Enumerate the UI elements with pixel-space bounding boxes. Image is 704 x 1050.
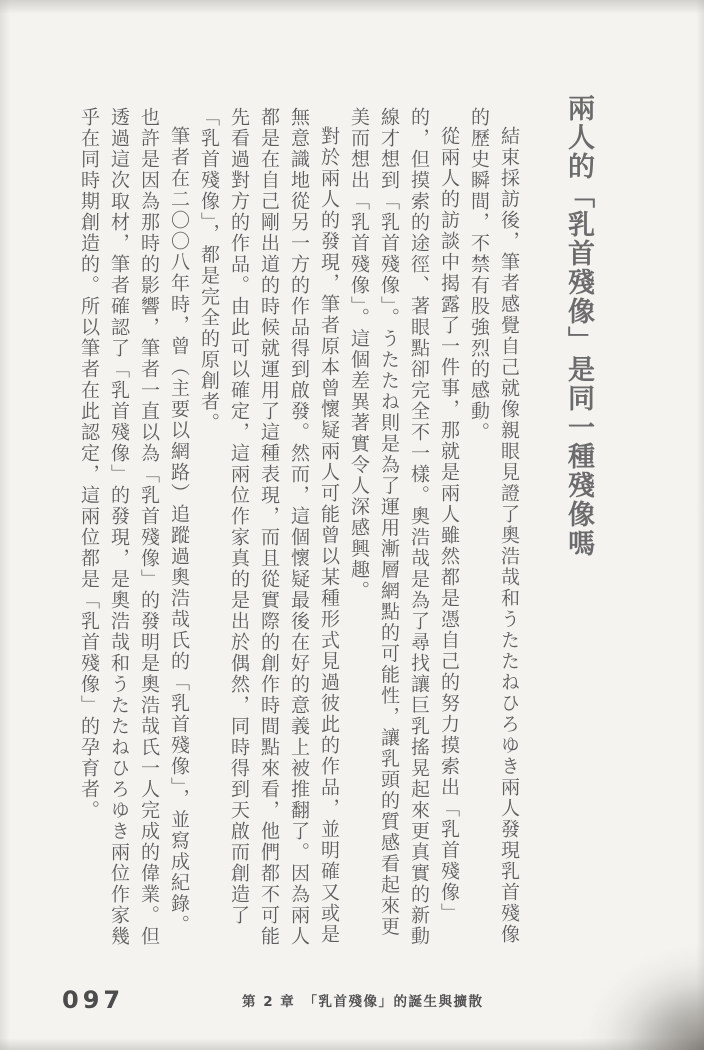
chapter-footer: 第 2 章 「乳首殘像」的誕生與擴散 [242,990,484,1010]
paragraph-4: 筆者在二〇〇八年時，曾（主要以網路）追蹤過奧浩哉氏的「乳首殘像」，並寫成紀錄。也… [74,107,194,949]
scan-shadow-bottom [0,1038,704,1050]
scan-shadow-top [0,0,704,14]
scan-shadow-left [0,0,10,1050]
paragraph-2: 從兩人的訪談中揭露了一件事，那就是兩人雖然都是憑自己的努力摸索出「乳首殘像」的，… [344,107,464,949]
paragraph-3: 對於兩人的發現，筆者原本曾懷疑兩人可能曾以某種形式見過彼此的作品，並明確又或是無… [194,107,344,949]
book-page-scan: 兩人的「乳首殘像」是同一種殘像嗎 結束採訪後，筆者感覺自己就像親眼見證了奧浩哉和… [0,0,704,1050]
scan-shadow-right [696,0,704,1050]
page-curl-shadow [534,900,704,1050]
body-text-block: 結束採訪後，筆者感覺自己就像親眼見證了奧浩哉和うたたねひろゆき兩人發現乳首殘像的… [68,107,524,949]
section-title: 兩人的「乳首殘像」是同一種殘像嗎 [559,94,598,574]
page-number: 097 [62,986,124,1014]
paragraph-1: 結束採訪後，筆者感覺自己就像親眼見證了奧浩哉和うたたねひろゆき兩人發現乳首殘像的… [464,107,524,949]
